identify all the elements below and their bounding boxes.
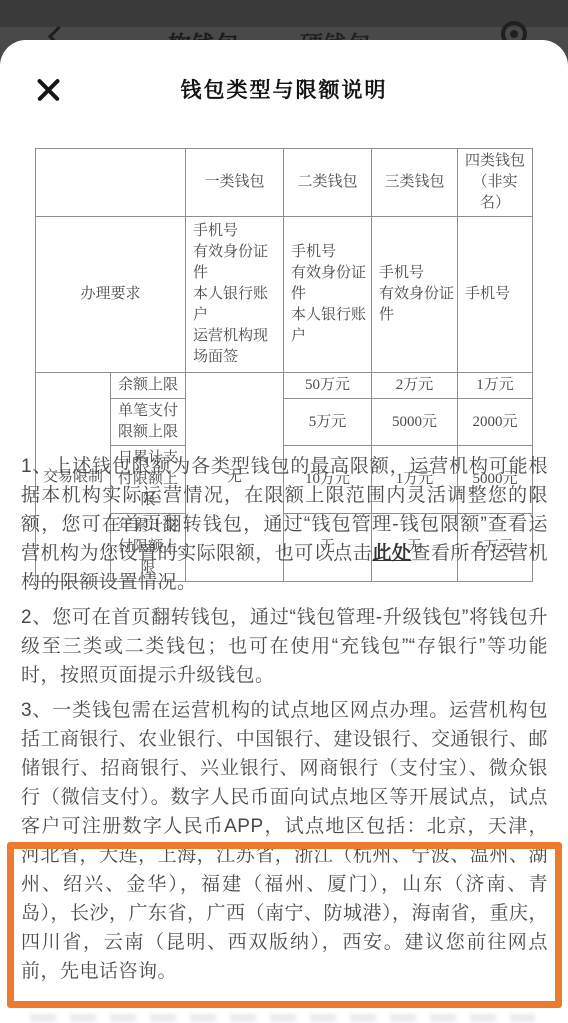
col-header-tier3: 三类钱包 (372, 149, 458, 217)
col-header-tier1: 一类钱包 (186, 149, 284, 217)
limit-cell: 1万元 (458, 373, 533, 399)
table-corner-cell (36, 149, 186, 217)
sheet-title: 钱包类型与限额说明 (0, 74, 568, 104)
here-link[interactable]: 此处 (372, 543, 411, 564)
notes-section: 1、上述钱包限额为各类型钱包的最高限额，运营机构可能根据本机构实际运营情况，在限… (21, 452, 548, 992)
note-2: 2、您可在首页翻转钱包，通过“钱包管理-升级钱包”将钱包升级至三类或二类钱包；也… (21, 603, 548, 690)
row-label-single-payment-cap: 单笔支付限额上限 (111, 399, 186, 446)
row-label-requirements: 办理要求 (36, 217, 186, 373)
col-header-tier4: 四类钱包 （非实名） (458, 149, 533, 217)
limit-cell: 2000元 (458, 399, 533, 446)
req-tier3: 手机号 有效身份证件 (372, 217, 458, 373)
limit-cell: 2万元 (372, 373, 458, 399)
status-bar (0, 0, 568, 27)
limit-cell: 5万元 (284, 399, 372, 446)
req-tier4: 手机号 (458, 217, 533, 373)
row-label-balance-cap: 余额上限 (111, 373, 186, 399)
limit-cell: 5000元 (372, 399, 458, 446)
wallet-limits-sheet: 钱包类型与限额说明 一类钱包 二类钱包 三类钱包 四类钱包 （非实名） 办理要求… (0, 40, 568, 1023)
col-header-tier2: 二类钱包 (284, 149, 372, 217)
req-tier1: 手机号 有效身份证件 本人银行账户 运营机构现场面签 (186, 217, 284, 373)
req-tier2: 手机号 有效身份证件 本人银行账户 (284, 217, 372, 373)
cutoff-text-line (30, 1014, 535, 1022)
note-3: 3、一类钱包需在运营机构的试点地区网点办理。运营机构包括工商银行、农业银行、中国… (21, 696, 548, 986)
note-1: 1、上述钱包限额为各类型钱包的最高限额，运营机构可能根据本机构实际运营情况，在限… (21, 452, 548, 597)
limit-cell: 50万元 (284, 373, 372, 399)
